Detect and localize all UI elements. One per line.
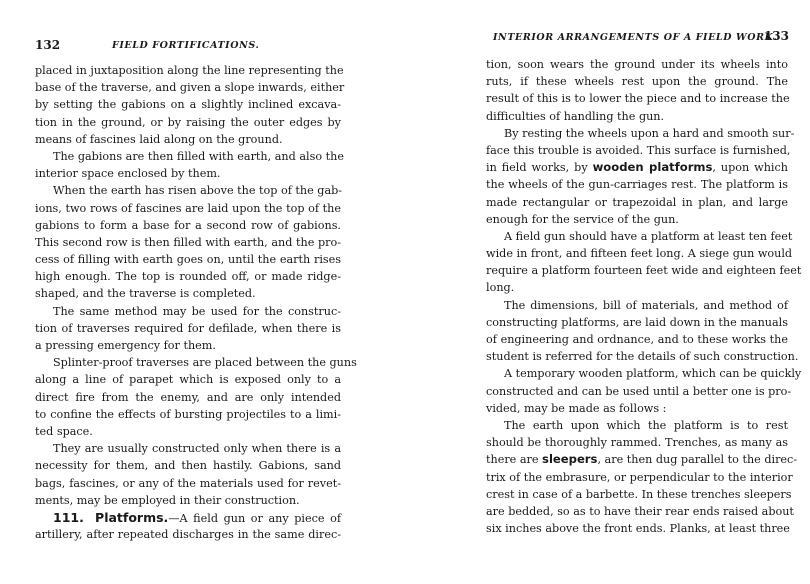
left-page: 132 FIELD FORTIFICATIONS. placed in juxt… <box>0 0 405 584</box>
text-line: face this trouble is avoided. This surfa… <box>486 142 788 159</box>
text-line: When the earth has risen above the top o… <box>35 182 341 199</box>
text-line: A temporary wooden platform, which can b… <box>486 365 788 382</box>
text-line: made rectangular or trapezoidal in plan,… <box>486 194 788 211</box>
right-page: INTERIOR ARRANGEMENTS OF A FIELD WORK. 1… <box>405 0 810 584</box>
text-line: The dimensions, bill of materials, and m… <box>486 297 788 314</box>
text-line: by setting the gabions on a slightly inc… <box>35 96 341 113</box>
section-heading-line: 111. Platforms.—A field gun or any piece… <box>35 509 341 526</box>
page-number: 133 <box>764 29 789 43</box>
text-line: student is referred for the details of s… <box>486 348 788 365</box>
running-title: FIELD FORTIFICATIONS. <box>112 40 259 51</box>
text-line: constructing platforms, are laid down in… <box>486 314 788 331</box>
text-line: The earth upon which the platform is to … <box>486 417 788 434</box>
text-line: interior space enclosed by them. <box>35 165 341 182</box>
text-line: result of this is to lower the piece and… <box>486 90 788 107</box>
text-line: along a line of parapet which is exposed… <box>35 371 341 388</box>
text-line: vided, may be made as follows : <box>486 400 788 417</box>
text-line: bags, fascines, or any of the materials … <box>35 475 341 492</box>
text-line: placed in juxtaposition along the line r… <box>35 62 341 79</box>
text-line: shaped, and the traverse is completed. <box>35 285 341 302</box>
text-line: crest in case of a barbette. In these tr… <box>486 486 788 503</box>
bold-term: wooden platforms <box>593 160 713 174</box>
text-line: the wheels of the gun-carriages rest. Th… <box>486 176 788 193</box>
text-line: The gabions are then filled with earth, … <box>35 148 341 165</box>
text-line: require a platform fourteen feet wide an… <box>486 262 788 279</box>
text-line: cess of filling with earth goes on, unti… <box>35 251 341 268</box>
text-segment: there are <box>486 453 542 466</box>
text-line: means of fascines laid along on the grou… <box>35 131 341 148</box>
text-line: direct fire from the enemy, and are only… <box>35 389 341 406</box>
text-line: of engineering and ordnance, and to thes… <box>486 331 788 348</box>
right-page-body: tion, soon wears the ground under its wh… <box>486 56 788 537</box>
text-segment: , upon which <box>712 161 788 174</box>
text-line: Splinter-proof traverses are placed betw… <box>35 354 341 371</box>
text-line: By resting the wheels upon a hard and sm… <box>486 125 788 142</box>
text-line: six inches above the front ends. Planks,… <box>486 520 788 537</box>
text-line: enough for the service of the gun. <box>486 211 788 228</box>
text-line: ruts, if these wheels rest upon the grou… <box>486 73 788 90</box>
text-line: This second row is then filled with eart… <box>35 234 341 251</box>
text-segment: in field works, by <box>486 161 593 174</box>
page-number: 132 <box>35 38 60 52</box>
text-line: base of the traverse, and given a slope … <box>35 79 341 96</box>
text-line: constructed and can be used until a bett… <box>486 383 788 400</box>
text-line: gabions to form a base for a second row … <box>35 217 341 234</box>
text-line: ments, may be employed in their construc… <box>35 492 341 509</box>
text-line: tion of traverses required for defilade,… <box>35 320 341 337</box>
text-line: should be thoroughly rammed. Trenches, a… <box>486 434 788 451</box>
section-title: Platforms. <box>95 510 168 525</box>
text-line: They are usually constructed only when t… <box>35 440 341 457</box>
text-line: are bedded, so as to have their rear end… <box>486 503 788 520</box>
text-line: a pressing emergency for them. <box>35 337 341 354</box>
text-line: ions, two rows of fascines are laid upon… <box>35 200 341 217</box>
section-lead: —A field gun or any piece of <box>168 512 341 525</box>
text-line: artillery, after repeated discharges in … <box>35 526 341 543</box>
text-line: to confine the effects of bursting proje… <box>35 406 341 423</box>
text-line: tion in the ground, or by raising the ou… <box>35 114 341 131</box>
left-page-body: placed in juxtaposition along the line r… <box>35 62 341 543</box>
text-line: A field gun should have a platform at le… <box>486 228 788 245</box>
running-title: INTERIOR ARRANGEMENTS OF A FIELD WORK. <box>493 32 777 43</box>
text-line: in field works, by wooden platforms, upo… <box>486 159 788 176</box>
text-line: long. <box>486 279 788 296</box>
text-line: ted space. <box>35 423 341 440</box>
text-line: high enough. The top is rounded off, or … <box>35 268 341 285</box>
text-line: The same method may be used for the cons… <box>35 303 341 320</box>
text-line: trix of the embrasure, or perpendicular … <box>486 469 788 486</box>
section-number: 111. <box>53 510 84 525</box>
text-line: necessity for them, and then hastily. Ga… <box>35 457 341 474</box>
text-segment: , are then dug parallel to the direc- <box>597 453 797 466</box>
text-line: difficulties of handling the gun. <box>486 108 788 125</box>
bold-term: sleepers <box>542 452 597 466</box>
text-line: tion, soon wears the ground under its wh… <box>486 56 788 73</box>
text-line: there are sleepers, are then dug paralle… <box>486 451 788 468</box>
text-line: wide in front, and fifteen feet long. A … <box>486 245 788 262</box>
